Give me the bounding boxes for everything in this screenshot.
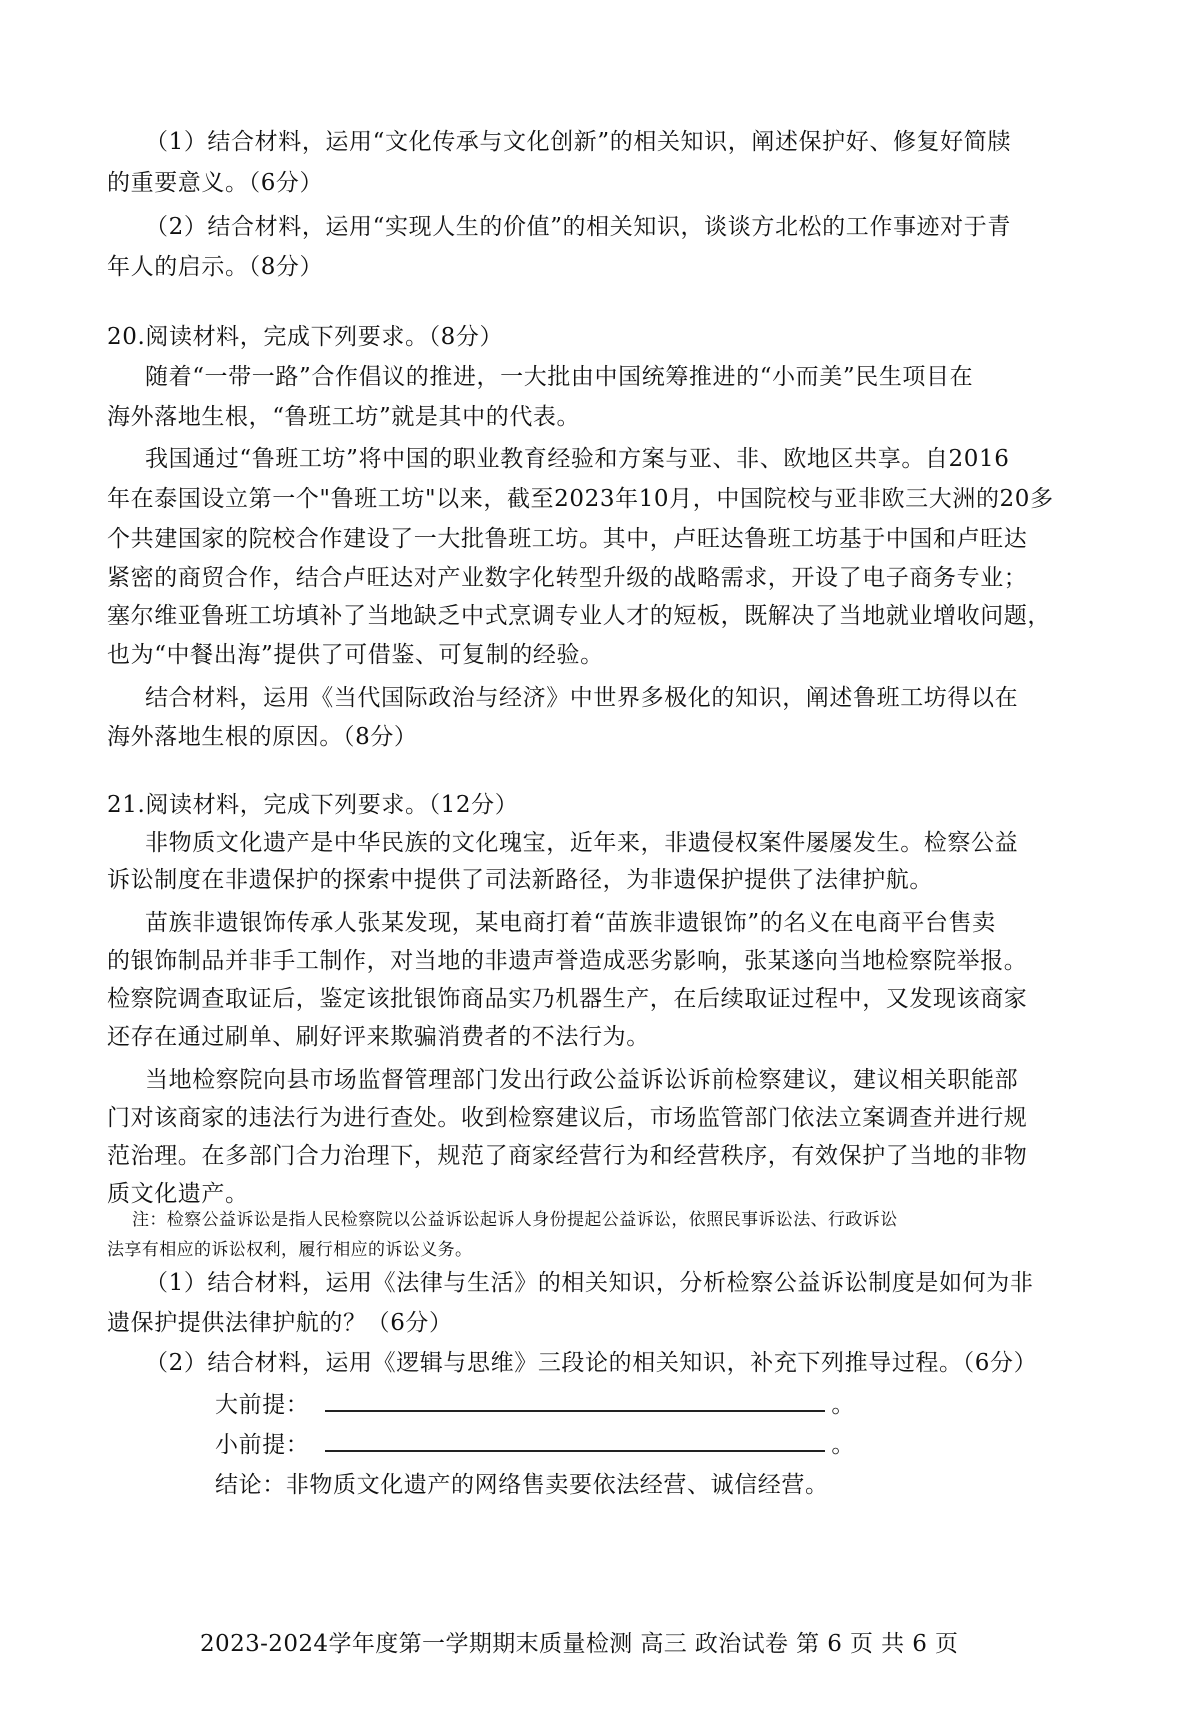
q19-sub1-line2: 的重要意义。（6分） — [107, 168, 323, 198]
q21-sub1-line: （1）结合材料，运用《法律与生活》的相关知识，分析检察公益诉讼制度是如何为非 — [145, 1268, 1033, 1298]
page-footer: 2023-2024学年度第一学期期末质量检测 高三 政治试卷 第 6 页 共 6… — [200, 1625, 958, 1658]
major-premise-blank[interactable] — [325, 1388, 825, 1412]
q20-material-line: 年在泰国设立第一个"鲁班工坊"以来，截至2023年10月，中国院校与亚非欧三大洲… — [107, 484, 1054, 514]
q21-heading: 21.阅读材料，完成下列要求。（12分） — [107, 790, 518, 820]
q20-material-line: 塞尔维亚鲁班工坊填补了当地缺乏中式烹调专业人才的短板，既解决了当地就业增收问题， — [107, 601, 1051, 631]
major-premise-label: 大前提： — [215, 1392, 309, 1418]
q20-heading: 20.阅读材料，完成下列要求。（8分） — [107, 322, 503, 352]
q21-note-line: 注：检察公益诉讼是指人民检察院以公益诉讼起诉人身份提起公益诉讼，依照民事诉讼法、… — [132, 1205, 898, 1235]
q21-material-line: 的银饰制品并非手工制作，对当地的非遗声誉造成恶劣影响，张某遂向当地检察院举报。 — [107, 946, 1027, 976]
q20-material-line: 我国通过“鲁班工坊”将中国的职业教育经验和方案与亚、非、欧地区共享。自2016 — [145, 444, 1009, 474]
q20-material-line: 紧密的商贸合作，结合卢旺达对产业数字化转型升级的战略需求，开设了电子商务专业； — [107, 563, 1027, 593]
blank-end: 。 — [831, 1432, 855, 1458]
q21-material-line: 非物质文化遗产是中华民族的文化瑰宝，近年来，非遗侵权案件屡屡发生。检察公益 — [145, 828, 1018, 858]
q20-material-line: 海外落地生根，“鲁班工坊”就是其中的代表。 — [107, 402, 580, 432]
q21-material-line: 当地检察院向县市场监督管理部门发出行政公益诉讼诉前检察建议，建议相关职能部 — [145, 1065, 1018, 1095]
conclusion: 结论：非物质文化遗产的网络售卖要依法经营、诚信经营。 — [215, 1470, 829, 1500]
q21-material-line: 苗族非遗银饰传承人张某发现，某电商打着“苗族非遗银饰”的名义在电商平台售卖 — [145, 908, 996, 938]
blank-end: 。 — [831, 1392, 855, 1418]
q21-material-line: 检察院调查取证后，鉴定该批银饰商品实乃机器生产，在后续取证过程中，又发现该商家 — [107, 984, 1027, 1014]
q21-material-line: 还存在通过刷单、刷好评来欺骗消费者的不法行为。 — [107, 1022, 650, 1052]
minor-premise-row: 小前提：。 — [215, 1428, 855, 1460]
minor-premise-blank[interactable] — [325, 1428, 825, 1452]
q21-material-line: 范治理。在多部门合力治理下，规范了商家经营行为和经营秩序，有效保护了当地的非物 — [107, 1141, 1027, 1171]
q19-sub2-line1: （2）结合材料，运用“实现人生的价值”的相关知识，谈谈方北松的工作事迹对于青 — [145, 212, 1011, 242]
q21-note-line: 法享有相应的诉讼权利，履行相应的诉讼义务。 — [107, 1235, 472, 1265]
q20-question-line: 海外落地生根的原因。（8分） — [107, 722, 418, 752]
q19-sub1-line1: （1）结合材料，运用“文化传承与文化创新”的相关知识，阐述保护好、修复好简牍 — [145, 127, 1011, 157]
q21-sub1-line: 遗保护提供法律护航的？（6分） — [107, 1308, 453, 1338]
q19-sub2-line2: 年人的启示。（8分） — [107, 252, 323, 282]
minor-premise-label: 小前提： — [215, 1432, 309, 1458]
q21-sub2: （2）结合材料，运用《逻辑与思维》三段论的相关知识，补充下列推导过程。（6分） — [145, 1348, 1037, 1378]
q20-material-line: 随着“一带一路”合作倡议的推进，一大批由中国统筹推进的“小而美”民生项目在 — [145, 362, 973, 392]
q20-material-line: 也为“中餐出海”提供了可借鉴、可复制的经验。 — [107, 640, 604, 670]
major-premise-row: 大前提：。 — [215, 1388, 855, 1420]
q20-question-line: 结合材料，运用《当代国际政治与经济》中世界多极化的知识，阐述鲁班工坊得以在 — [145, 683, 1018, 713]
q20-material-line: 个共建国家的院校合作建设了一大批鲁班工坊。其中，卢旺达鲁班工坊基于中国和卢旺达 — [107, 524, 1027, 554]
q21-material-line: 门对该商家的违法行为进行查处。收到检察建议后，市场监管部门依法立案调查并进行规 — [107, 1103, 1027, 1133]
exam-page: （1）结合材料，运用“文化传承与文化创新”的相关知识，阐述保护好、修复好简牍 的… — [0, 0, 1200, 1725]
q21-material-line: 诉讼制度在非遗保护的探索中提供了司法新路径，为非遗保护提供了法律护航。 — [107, 865, 933, 895]
